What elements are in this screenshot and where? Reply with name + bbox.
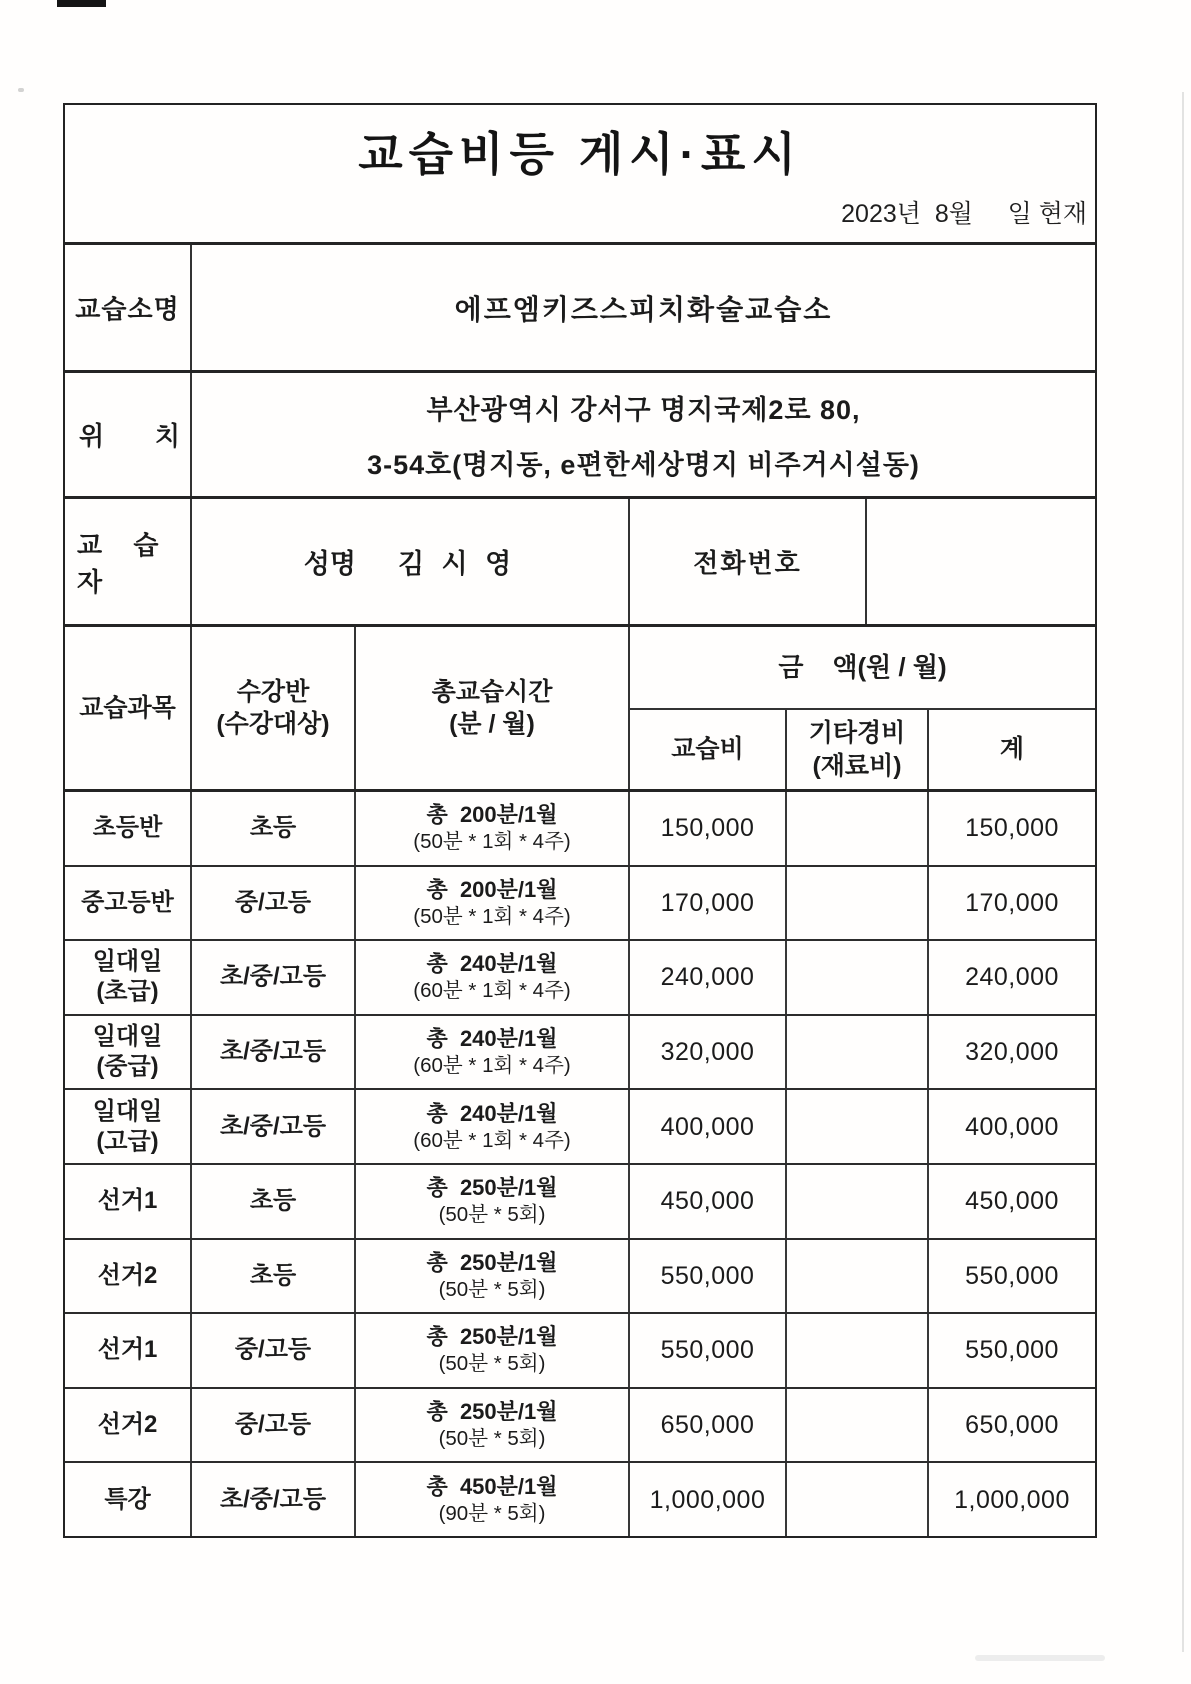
cell-tuition: 400,000 <box>630 1090 787 1163</box>
cell-tuition: 650,000 <box>630 1389 787 1462</box>
cell-tuition: 320,000 <box>630 1016 787 1089</box>
time-line2: (60분 * 1회 * 4주) <box>413 977 570 1004</box>
fee-table-header: 교습과목 수강반 (수강대상) 총교습시간 (분 / 월) 금 액(원 / 월)… <box>65 624 1095 789</box>
table-row: 일대일(초급) 초/중/고등 총 240분/1월(60분 * 1회 * 4주) … <box>65 939 1095 1014</box>
subject-line1: 일대일 <box>93 1097 163 1127</box>
time-line1: 총 240분/1월 <box>426 1025 557 1052</box>
time-line2: (50분 * 1회 * 4주) <box>413 828 570 855</box>
header-class-line1: 수강반 <box>237 676 309 709</box>
cell-tuition: 1,000,000 <box>630 1463 787 1536</box>
location-value: 부산광역시 강서구 명지국제2로 80, 3-54호(명지동, e편한세상명지 … <box>192 373 1095 496</box>
cell-total: 550,000 <box>929 1314 1095 1387</box>
cell-target: 중/고등 <box>192 1389 356 1462</box>
location-label-left: 위 <box>79 416 104 453</box>
page-title: 교습비등 게시·표시 <box>65 131 1095 177</box>
cell-other <box>787 1165 929 1238</box>
cell-other <box>787 792 929 865</box>
time-line1: 총 240분/1월 <box>426 950 557 977</box>
cell-other <box>787 1389 929 1462</box>
header-time-line1: 총교습시간 <box>432 676 553 709</box>
cell-time: 총 250분/1월(50분 * 5회) <box>356 1314 630 1387</box>
cell-subject: 일대일(초급) <box>65 941 192 1014</box>
location-label: 위 치 <box>65 373 192 496</box>
cell-subject: 선거1 <box>65 1165 192 1238</box>
cell-tuition: 550,000 <box>630 1240 787 1313</box>
location-row: 위 치 부산광역시 강서구 명지국제2로 80, 3-54호(명지동, e편한세… <box>65 370 1095 496</box>
scan-speck <box>18 88 24 92</box>
subject-line2: (중급) <box>96 1052 158 1082</box>
subject-line1: 일대일 <box>93 1022 163 1052</box>
header-time-line2: (분 / 월) <box>449 708 535 741</box>
cell-other <box>787 1463 929 1536</box>
cell-time: 총 200분/1월(50분 * 1회 * 4주) <box>356 792 630 865</box>
cell-total: 170,000 <box>929 867 1095 940</box>
time-line2: (90분 * 5회) <box>439 1500 546 1527</box>
table-row: 선거1 초등 총 250분/1월(50분 * 5회) 450,000 450,0… <box>65 1163 1095 1238</box>
cell-time: 총 250분/1월(50분 * 5회) <box>356 1165 630 1238</box>
cell-target: 초/중/고등 <box>192 1090 356 1163</box>
time-line1: 총 200분/1월 <box>426 876 557 903</box>
cell-time: 총 250분/1월(50분 * 5회) <box>356 1389 630 1462</box>
header-subject: 교습과목 <box>65 627 192 789</box>
cell-target: 초/중/고등 <box>192 1463 356 1536</box>
cell-total: 150,000 <box>929 792 1095 865</box>
cell-total: 240,000 <box>929 941 1095 1014</box>
cell-time: 총 250분/1월(50분 * 5회) <box>356 1240 630 1313</box>
time-line1: 총 200분/1월 <box>426 801 557 828</box>
subject-line1: 초등반 <box>93 813 163 843</box>
table-row: 특강 초/중/고등 총 450분/1월(90분 * 5회) 1,000,000 … <box>65 1461 1095 1536</box>
cell-total: 550,000 <box>929 1240 1095 1313</box>
cell-tuition: 450,000 <box>630 1165 787 1238</box>
fee-table-body: 초등반 초등 총 200분/1월(50분 * 1회 * 4주) 150,000 … <box>65 789 1095 1536</box>
teacher-phone-value <box>867 499 1095 624</box>
header-tuition: 교습비 <box>630 710 787 789</box>
cell-subject: 특강 <box>65 1463 192 1536</box>
header-time: 총교습시간 (분 / 월) <box>356 627 630 789</box>
time-line2: (60분 * 1회 * 4주) <box>413 1127 570 1154</box>
cell-subject: 일대일(고급) <box>65 1090 192 1163</box>
table-row: 중고등반 중/고등 총 200분/1월(50분 * 1회 * 4주) 170,0… <box>65 865 1095 940</box>
time-line2: (50분 * 5회) <box>439 1425 546 1452</box>
cell-total: 450,000 <box>929 1165 1095 1238</box>
header-total: 계 <box>929 710 1095 789</box>
cell-total: 400,000 <box>929 1090 1095 1163</box>
subject-line1: 선거2 <box>98 1261 158 1291</box>
cell-target: 중/고등 <box>192 1314 356 1387</box>
academy-name-row: 교습소명 에프엠키즈스피치화술교습소 <box>65 242 1095 370</box>
teacher-label: 교 습 자 <box>65 499 192 624</box>
time-line1: 총 450분/1월 <box>426 1473 557 1500</box>
table-row: 초등반 초등 총 200분/1월(50분 * 1회 * 4주) 150,000 … <box>65 792 1095 865</box>
subject-line1: 선거1 <box>98 1186 158 1216</box>
subject-line1: 일대일 <box>93 947 163 977</box>
cell-target: 중/고등 <box>192 867 356 940</box>
subject-line1: 선거2 <box>98 1410 158 1440</box>
cell-tuition: 240,000 <box>630 941 787 1014</box>
teacher-name-cell: 성명 김 시 영 <box>192 499 630 624</box>
table-row: 일대일(고급) 초/중/고등 총 240분/1월(60분 * 1회 * 4주) … <box>65 1088 1095 1163</box>
table-row: 일대일(중급) 초/중/고등 총 240분/1월(60분 * 1회 * 4주) … <box>65 1014 1095 1089</box>
cell-total: 650,000 <box>929 1389 1095 1462</box>
cell-time: 총 450분/1월(90분 * 5회) <box>356 1463 630 1536</box>
cell-total: 320,000 <box>929 1016 1095 1089</box>
time-line2: (50분 * 5회) <box>439 1201 546 1228</box>
time-line1: 총 250분/1월 <box>426 1174 557 1201</box>
header-class: 수강반 (수강대상) <box>192 627 356 789</box>
location-label-right: 치 <box>155 416 180 453</box>
cell-target: 초등 <box>192 1240 356 1313</box>
cell-time: 총 240분/1월(60분 * 1회 * 4주) <box>356 1016 630 1089</box>
cell-subject: 일대일(중급) <box>65 1016 192 1089</box>
teacher-name-label: 성명 <box>304 542 356 581</box>
cell-target: 초등 <box>192 792 356 865</box>
title-section: 교습비등 게시·표시 2023년 8월 일 현재 <box>65 105 1095 242</box>
teacher-name-value: 김 시 영 <box>398 542 516 581</box>
cell-subject: 선거2 <box>65 1240 192 1313</box>
subject-line1: 중고등반 <box>81 888 174 918</box>
cell-target: 초/중/고등 <box>192 1016 356 1089</box>
cell-time: 총 240분/1월(60분 * 1회 * 4주) <box>356 941 630 1014</box>
scan-smudge-bottom <box>975 1655 1105 1661</box>
cell-target: 초등 <box>192 1165 356 1238</box>
cell-target: 초/중/고등 <box>192 941 356 1014</box>
cell-other <box>787 867 929 940</box>
cell-subject: 초등반 <box>65 792 192 865</box>
subject-line1: 특강 <box>104 1485 150 1515</box>
header-other-costs: 기타경비 (재료비) <box>787 710 929 789</box>
table-row: 선거1 중/고등 총 250분/1월(50분 * 5회) 550,000 550… <box>65 1312 1095 1387</box>
location-line-1: 부산광역시 강서구 명지국제2로 80, <box>426 388 860 427</box>
cell-total: 1,000,000 <box>929 1463 1095 1536</box>
subject-line2: (고급) <box>96 1127 158 1157</box>
cell-tuition: 550,000 <box>630 1314 787 1387</box>
header-class-line2: (수강대상) <box>216 708 329 741</box>
date-line: 2023년 8월 일 현재 <box>65 194 1095 230</box>
subject-line1: 선거1 <box>98 1335 158 1365</box>
cell-subject: 중고등반 <box>65 867 192 940</box>
cell-tuition: 150,000 <box>630 792 787 865</box>
cell-other <box>787 941 929 1014</box>
header-other-line2: (재료비) <box>812 750 901 783</box>
time-line1: 총 250분/1월 <box>426 1398 557 1425</box>
teacher-row: 교 습 자 성명 김 시 영 전화번호 <box>65 496 1095 624</box>
teacher-phone-label: 전화번호 <box>630 499 867 624</box>
cell-subject: 선거2 <box>65 1389 192 1462</box>
header-other-line1: 기타경비 <box>809 717 906 750</box>
cell-other <box>787 1314 929 1387</box>
scanned-document-page: 교습비등 게시·표시 2023년 8월 일 현재 교습소명 에프엠키즈스피치화술… <box>0 0 1191 1684</box>
table-row: 선거2 초등 총 250분/1월(50분 * 5회) 550,000 550,0… <box>65 1238 1095 1313</box>
time-line2: (60분 * 1회 * 4주) <box>413 1052 570 1079</box>
cell-other <box>787 1240 929 1313</box>
scan-edge-line <box>1182 92 1184 1652</box>
time-line1: 총 250분/1월 <box>426 1323 557 1350</box>
academy-name-label: 교습소명 <box>65 245 192 370</box>
cell-time: 총 200분/1월(50분 * 1회 * 4주) <box>356 867 630 940</box>
cell-other <box>787 1090 929 1163</box>
time-line2: (50분 * 1회 * 4주) <box>413 903 570 930</box>
header-amount: 금 액(원 / 월) <box>630 627 1095 710</box>
cell-tuition: 170,000 <box>630 867 787 940</box>
time-line2: (50분 * 5회) <box>439 1276 546 1303</box>
cell-time: 총 240분/1월(60분 * 1회 * 4주) <box>356 1090 630 1163</box>
subject-line2: (초급) <box>96 977 158 1007</box>
table-row: 선거2 중/고등 총 250분/1월(50분 * 5회) 650,000 650… <box>65 1387 1095 1462</box>
location-line-2: 3-54호(명지동, e편한세상명지 비주거시설동) <box>367 443 920 482</box>
notice-table: 교습비등 게시·표시 2023년 8월 일 현재 교습소명 에프엠키즈스피치화술… <box>63 103 1097 1538</box>
cell-other <box>787 1016 929 1089</box>
time-line1: 총 240분/1월 <box>426 1100 557 1127</box>
time-line2: (50분 * 5회) <box>439 1350 546 1377</box>
time-line1: 총 250분/1월 <box>426 1249 557 1276</box>
academy-name-value: 에프엠키즈스피치화술교습소 <box>192 245 1095 370</box>
scan-artifact-mark <box>57 0 106 7</box>
cell-subject: 선거1 <box>65 1314 192 1387</box>
